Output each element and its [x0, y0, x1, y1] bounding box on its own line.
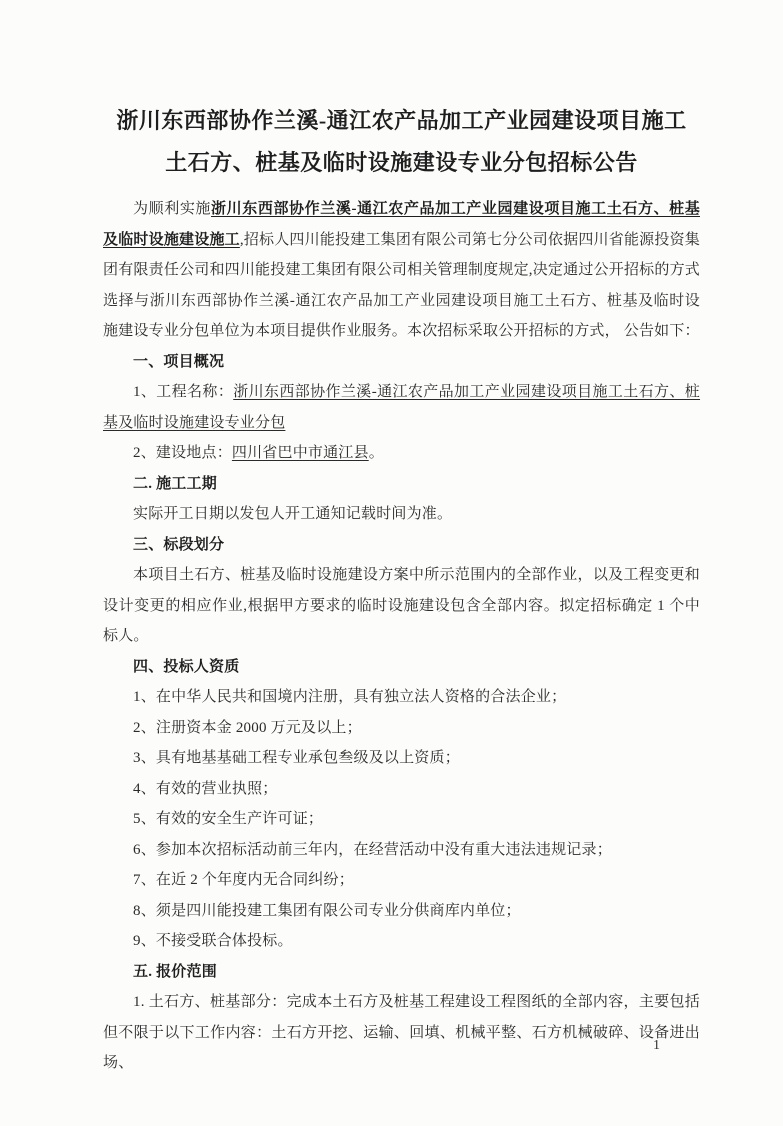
document-page: 浙川东西部协作兰溪-通江农产品加工产业园建设项目施工 土石方、桩基及临时设施建设… [0, 0, 783, 1126]
qualification-item-5: 5、有效的安全生产许可证； [103, 804, 700, 835]
qualification-item-2: 2、注册资本金 2000 万元及以上； [103, 713, 700, 744]
item2-value: 四川省巴中市通江县 [232, 445, 369, 461]
section2-body: 实际开工日期以发包人开工通知记载时间为准。 [103, 499, 700, 530]
section1-item-project-name: 1、工程名称：浙川东西部协作兰溪-通江农产品加工产业园建设项目施工土石方、桩基及… [103, 377, 700, 438]
title-line-2: 土石方、桩基及临时设施建设专业分包招标公告 [103, 142, 700, 184]
item2-label: 2、建设地点： [133, 445, 232, 461]
qualification-item-8: 8、须是四川能投建工集团有限公司专业分供商库内单位； [103, 896, 700, 927]
section1-heading: 一、项目概况 [103, 347, 700, 378]
section5-heading: 五. 报价范围 [103, 957, 700, 988]
section3-body: 本项目土石方、桩基及临时设施建设方案中所示范围内的全部作业，以及工程变更和设计变… [103, 560, 700, 652]
title-line-1: 浙川东西部协作兰溪-通江农产品加工产业园建设项目施工 [103, 100, 700, 142]
document-title: 浙川东西部协作兰溪-通江农产品加工产业园建设项目施工 土石方、桩基及临时设施建设… [103, 100, 700, 184]
qualification-item-9: 9、不接受联合体投标。 [103, 926, 700, 957]
qualification-item-7: 7、在近 2 个年度内无合同纠纷； [103, 865, 700, 896]
section5-body: 1. 土石方、桩基部分：完成本土石方及桩基工程建设工程图纸的全部内容，主要包括但… [103, 987, 700, 1079]
qualification-item-3: 3、具有地基基础工程专业承包叁级及以上资质； [103, 743, 700, 774]
qualification-item-4: 4、有效的营业执照； [103, 774, 700, 805]
intro-prefix: 为顺利实施 [133, 201, 211, 217]
qualification-item-1: 1、在中华人民共和国境内注册，具有独立法人资格的合法企业； [103, 682, 700, 713]
item1-label: 1、工程名称： [133, 384, 233, 400]
document-content: 浙川东西部协作兰溪-通江农产品加工产业园建设项目施工 土石方、桩基及临时设施建设… [103, 100, 700, 1079]
section4-heading: 四、投标人资质 [103, 652, 700, 683]
section1-item-location: 2、建设地点：四川省巴中市通江县。 [103, 438, 700, 469]
intro-paragraph: 为顺利实施浙川东西部协作兰溪-通江农产品加工产业园建设项目施工土石方、桩基及临时… [103, 194, 700, 347]
qualification-item-6: 6、参加本次招标活动前三年内，在经营活动中没有重大违法违规记录； [103, 835, 700, 866]
section2-heading: 二. 施工工期 [103, 469, 700, 500]
item2-period: 。 [369, 445, 384, 461]
page-number: 1 [653, 1038, 660, 1054]
section3-heading: 三、标段划分 [103, 530, 700, 561]
